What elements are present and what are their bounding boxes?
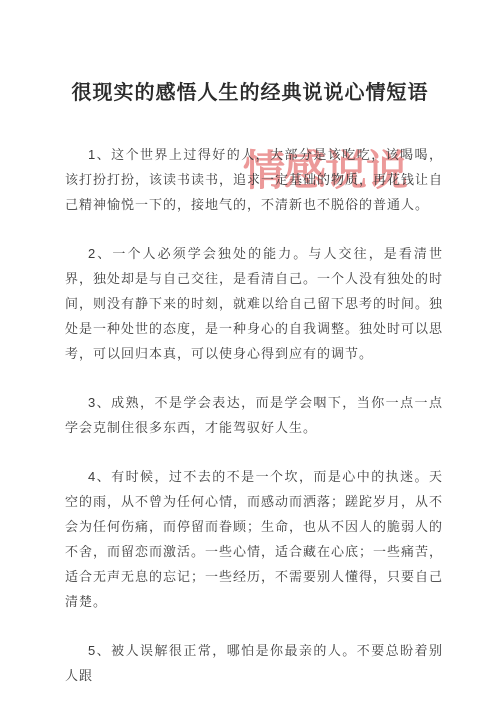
page-title: 很现实的感悟人生的经典说说心情短语 [0,81,500,105]
document-page: 情感说说 很现实的感悟人生的经典说说心情短语 1、这个世界上过得好的人，大部分是… [0,0,500,708]
paragraph: 2、一个人必须学会独处的能力。与人交往，是看清世界，独处却是与自己交往，是看清自… [65,241,443,366]
paragraph: 1、这个世界上过得好的人，大部分是该吃吃，该喝喝，该打扮打扮，该读书读书，追求一… [65,142,443,217]
paragraph: 3、成熟，不是学会表达，而是学会咽下，当你一点一点学会克制住很多东西，才能驾驭好… [65,390,443,440]
document-body: 1、这个世界上过得好的人，大部分是该吃吃，该喝喝，该打扮打扮，该读书读书，追求一… [65,142,443,688]
paragraph: 4、有时候，过不去的不是一个坎，而是心中的执迷。天空的雨，从不曾为任何心情，而感… [65,464,443,614]
paragraph: 5、被人误解很正常，哪怕是你最亲的人。不要总盼着别人跟 [65,638,443,688]
